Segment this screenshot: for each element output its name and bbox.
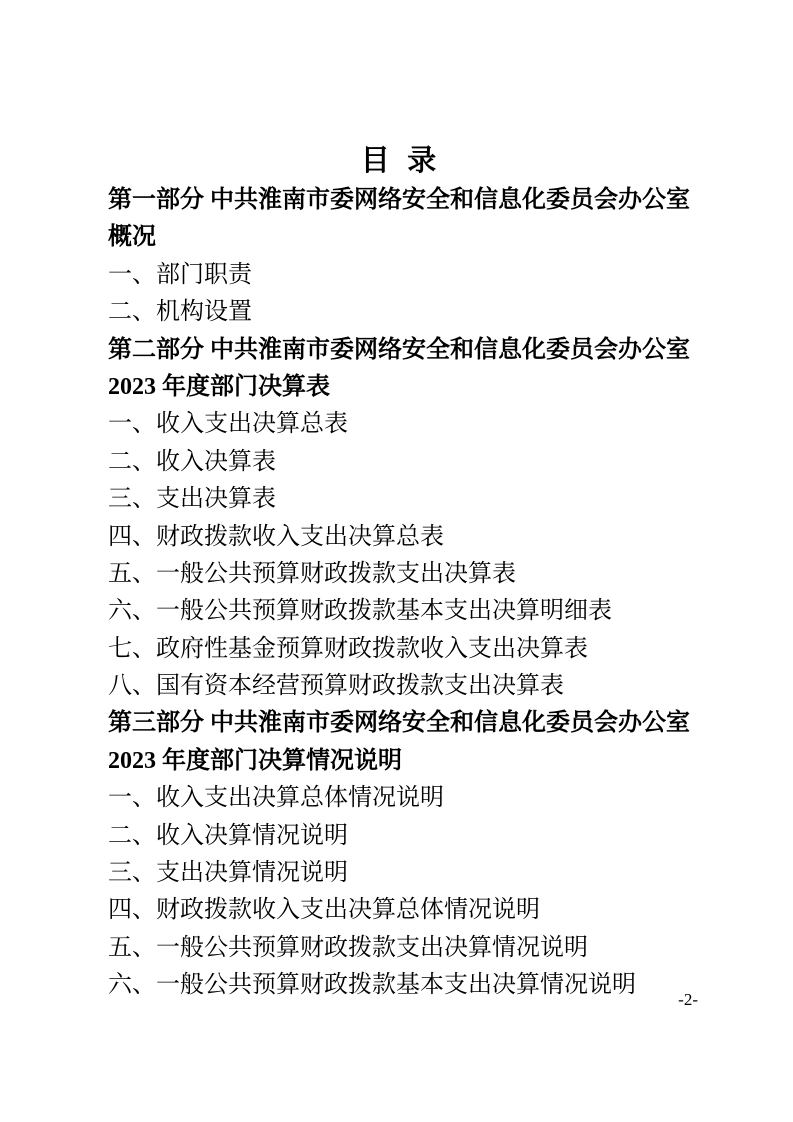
toc-item: 一、收入支出决算总体情况说明 <box>108 780 690 817</box>
toc-item: 四、财政拨款收入支出决算总体情况说明 <box>108 892 690 929</box>
page-content: 目 录 第一部分 中共淮南市委网络安全和信息化委员会办公室 概况 一、部门职责 … <box>108 0 690 1005</box>
toc-item: 四、财政拨款收入支出决算总表 <box>108 519 690 556</box>
toc-item: 五、一般公共预算财政拨款支出决算表 <box>108 556 690 593</box>
toc-item: 二、收入决算表 <box>108 444 690 481</box>
table-of-contents: 第一部分 中共淮南市委网络安全和信息化委员会办公室 概况 一、部门职责 二、机构… <box>108 182 690 1005</box>
toc-item: 三、支出决算情况说明 <box>108 855 690 892</box>
toc-item: 八、国有资本经营预算财政拨款支出决算表 <box>108 668 690 705</box>
toc-section-3-heading-continuation: 2023 年度部门决算情况说明 <box>108 743 690 780</box>
document-page: 目 录 第一部分 中共淮南市委网络安全和信息化委员会办公室 概况 一、部门职责 … <box>0 0 793 1122</box>
toc-item: 六、一般公共预算财政拨款基本支出决算情况说明 <box>108 967 690 1004</box>
toc-section-2-heading: 第二部分 中共淮南市委网络安全和信息化委员会办公室 <box>108 332 690 369</box>
toc-item: 五、一般公共预算财政拨款支出决算情况说明 <box>108 930 690 967</box>
toc-item: 二、机构设置 <box>108 294 690 331</box>
toc-section-3-heading: 第三部分 中共淮南市委网络安全和信息化委员会办公室 <box>108 705 690 742</box>
page-title: 目 录 <box>108 141 690 182</box>
toc-section-1-heading-continuation: 概况 <box>108 219 690 256</box>
toc-item: 三、支出决算表 <box>108 481 690 518</box>
toc-section-2-heading-continuation: 2023 年度部门决算表 <box>108 369 690 406</box>
toc-item: 七、政府性基金预算财政拨款收入支出决算表 <box>108 631 690 668</box>
page-number: -2- <box>678 990 698 1010</box>
toc-item: 一、部门职责 <box>108 257 690 294</box>
toc-item: 二、收入决算情况说明 <box>108 818 690 855</box>
toc-section-1-heading: 第一部分 中共淮南市委网络安全和信息化委员会办公室 <box>108 182 690 219</box>
toc-item: 一、收入支出决算总表 <box>108 406 690 443</box>
toc-item: 六、一般公共预算财政拨款基本支出决算明细表 <box>108 593 690 630</box>
